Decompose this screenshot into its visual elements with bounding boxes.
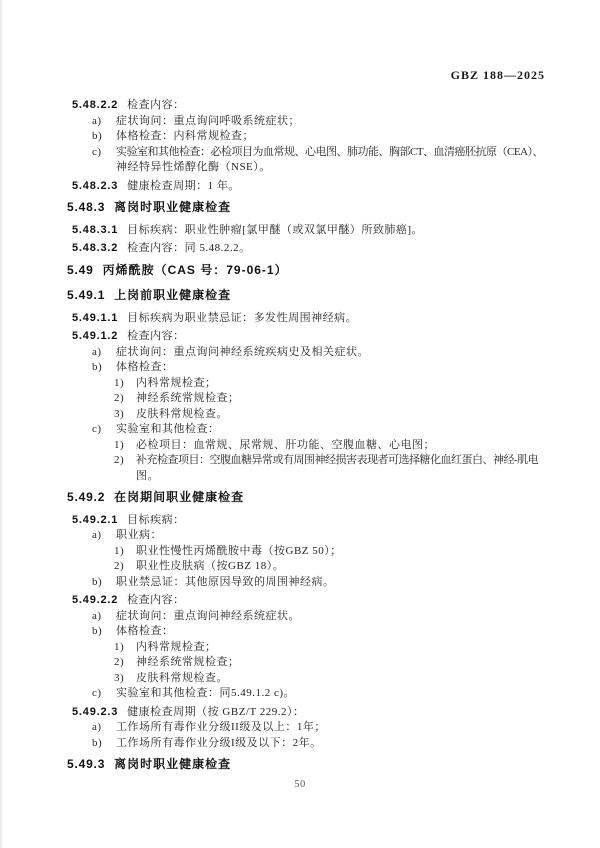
list-item-level1: c)实验室和其他检查：同5.49.1.2 c)。: [0, 686, 600, 702]
line-text: 职业禁忌证：其他原因导致的周围神经病。: [116, 576, 335, 588]
heading-number: 5.48.3: [67, 200, 105, 214]
line-text: 体格检查：: [116, 361, 174, 373]
list-item-level2: 1)必检项目：血常规、尿常规、肝功能、空腹血糖、心电图；: [0, 438, 600, 454]
line-text: 实验室和其他检查：: [116, 423, 220, 435]
list-marker: 2): [114, 391, 136, 407]
document-body: 5.48.2.2检查内容：a)症状询问：重点询问呼吸系统症状；b)体格检查：内科…: [0, 95, 600, 777]
section-heading: 5.48.3离岗时职业健康检查: [0, 200, 600, 216]
list-item-level1: b)体格检查：: [0, 624, 600, 640]
page-number: 50: [0, 777, 600, 792]
list-item-level2: 2)职业性皮肤病（按GBZ 18）。: [0, 559, 600, 575]
standard-code-header: GBZ 188—2025: [451, 68, 545, 82]
list-marker: a): [92, 345, 116, 361]
section-heading: 5.49丙烯酰胺（CAS 号：79-06-1）: [0, 263, 600, 279]
clause-line: 5.48.3.2检查内容：同 5.48.2.2。: [0, 241, 600, 257]
clause-line: 5.48.2.2检查内容：: [0, 98, 600, 114]
list-item-level1: c)实验室和其他检查：必检项目为血常规、心电图、肺功能、胸部CT、血清癌胚抗原（…: [0, 145, 600, 161]
line-text: 目标疾病为职业禁忌证：多发性周围神经病。: [127, 312, 357, 324]
line-text: 体格检查：内科常规检查；: [116, 130, 254, 142]
section-heading: 5.49.2在岗期间职业健康检查: [0, 490, 600, 506]
list-item-level2: 3)皮肤科常规检查。: [0, 671, 600, 687]
heading-number: 5.49.3: [67, 757, 105, 771]
list-marker: c): [92, 686, 116, 702]
list-marker: 1): [114, 376, 136, 392]
line-text: 皮肤科常规检查。: [136, 672, 228, 684]
clause-line: 5.49.1.2检查内容：: [0, 329, 600, 345]
clause-line: 5.49.2.3健康检查周期（按 GBZ/T 229.2）：: [0, 705, 600, 721]
document-page: GBZ 188—2025 5.48.2.2检查内容：a)症状询问：重点询问呼吸系…: [0, 0, 600, 848]
clause-line: 5.48.3.1目标疾病：职业性肿瘤[氯甲醚（或双氯甲醚）所致肺癌]。: [0, 223, 600, 239]
list-item-level2: 3)皮肤科常规检查。: [0, 407, 600, 423]
list-marker: 1): [114, 640, 136, 656]
line-text: 症状询问：重点询问神经系统疾病史及相关症状。: [116, 346, 369, 358]
line-text: 内科常规检查；: [136, 641, 217, 653]
list-item-level2: 2)补充检查项目：空腹血糖异常或有周围神经损害表现者可选择糖化血红蛋白、神经-肌…: [0, 453, 600, 469]
line-text: 必检项目：血常规、尿常规、肝功能、空腹血糖、心电图；: [136, 439, 435, 451]
line-text: 神经系统常规检查；: [136, 392, 240, 404]
list-marker: b): [92, 575, 116, 591]
list-marker: a): [92, 114, 116, 130]
list-item-level1: b)体格检查：内科常规检查；: [0, 129, 600, 145]
line-text: 体格检查：: [116, 625, 174, 637]
list-marker: b): [92, 360, 116, 376]
line-text: 目标疾病：: [127, 514, 185, 526]
list-item-level1: a)工作场所有毒作业分级II级及以上：1年；: [0, 720, 600, 736]
list-marker: a): [92, 528, 116, 544]
line-text: 补充检查项目：空腹血糖异常或有周围神经损害表现者可选择糖化血红蛋白、神经-肌电: [136, 454, 538, 466]
clause-number: 5.48.2.2: [72, 99, 118, 111]
line-text: 皮肤科常规检查。: [136, 408, 228, 420]
list-item-level1: c)实验室和其他检查：: [0, 422, 600, 438]
line-text: 检查内容：: [127, 594, 185, 606]
line-text: 工作场所有毒作业分级II级及以上：1年；: [116, 721, 326, 733]
heading-number: 5.49.1: [67, 288, 105, 302]
heading-text: 上岗前职业健康检查: [114, 288, 231, 302]
clause-number: 5.49.2.1: [72, 514, 118, 526]
clause-number: 5.48.2.3: [72, 180, 118, 192]
line-text: 实验室和其他检查：必检项目为血常规、心电图、肺功能、胸部CT、血清癌胚抗原（CE…: [116, 146, 543, 158]
clause-line: 5.49.1.1目标疾病为职业禁忌证：多发性周围神经病。: [0, 311, 600, 327]
line-text: 实验室和其他检查：同5.49.1.2 c)。: [116, 687, 295, 699]
list-item-level1: b)工作场所有毒作业分级I级及以下：2年。: [0, 736, 600, 752]
list-item-level1: b)体格检查：: [0, 360, 600, 376]
heading-number: 5.49.2: [67, 490, 105, 504]
clause-number: 5.49.2.2: [72, 594, 118, 606]
heading-number: 5.49: [67, 263, 94, 277]
continuation-line: 图。: [0, 469, 600, 485]
line-text: 工作场所有毒作业分级I级及以下：2年。: [116, 737, 322, 749]
list-item-level2: 1)内科常规检查；: [0, 376, 600, 392]
list-item-level1: b)职业禁忌证：其他原因导致的周围神经病。: [0, 575, 600, 591]
clause-line: 5.49.2.1目标疾病：: [0, 513, 600, 529]
clause-line: 5.49.2.2检查内容：: [0, 593, 600, 609]
list-item-level2: 1)职业性慢性丙烯酰胺中毒（按GBZ 50）；: [0, 544, 600, 560]
list-marker: a): [92, 720, 116, 736]
heading-text: 在岗期间职业健康检查: [114, 490, 244, 504]
line-text: 检查内容：同 5.48.2.2。: [127, 242, 251, 254]
line-text: 职业病：: [116, 529, 162, 541]
line-text: 症状询问：重点询问呼吸系统症状；: [116, 115, 300, 127]
continuation-line: 神经特异性烯醇化酶（NSE）。: [0, 160, 600, 176]
line-text: 健康检查周期：1 年。: [127, 180, 240, 192]
heading-text: 丙烯酰胺（CAS 号：79-06-1）: [103, 263, 288, 277]
line-text: 神经系统常规检查；: [136, 656, 240, 668]
list-marker: b): [92, 736, 116, 752]
clause-number: 5.48.3.2: [72, 242, 118, 254]
list-marker: 1): [114, 438, 136, 454]
line-text: 健康检查周期（按 GBZ/T 229.2）：: [127, 706, 304, 718]
list-marker: b): [92, 624, 116, 640]
line-text: 职业性皮肤病（按GBZ 18）。: [136, 560, 284, 572]
list-marker: b): [92, 129, 116, 145]
list-marker: c): [92, 422, 116, 438]
clause-number: 5.49.2.3: [72, 706, 118, 718]
clause-number: 5.49.1.2: [72, 330, 118, 342]
heading-text: 离岗时职业健康检查: [114, 757, 231, 771]
line-text: 症状询问：重点询问神经系统症状。: [116, 610, 300, 622]
list-marker: c): [92, 145, 116, 161]
section-heading: 5.49.3离岗时职业健康检查: [0, 757, 600, 773]
line-text: 职业性慢性丙烯酰胺中毒（按GBZ 50）；: [136, 545, 342, 557]
list-marker: 2): [114, 453, 136, 469]
clause-number: 5.48.3.1: [72, 224, 118, 236]
section-heading: 5.49.1上岗前职业健康检查: [0, 288, 600, 304]
list-marker: 2): [114, 559, 136, 575]
list-item-level1: a)职业病：: [0, 528, 600, 544]
heading-text: 离岗时职业健康检查: [114, 200, 231, 214]
list-marker: 1): [114, 544, 136, 560]
clause-line: 5.48.2.3健康检查周期：1 年。: [0, 179, 600, 195]
line-text: 内科常规检查；: [136, 377, 217, 389]
list-marker: a): [92, 609, 116, 625]
list-item-level1: a)症状询问：重点询问呼吸系统症状；: [0, 114, 600, 130]
list-item-level2: 2)神经系统常规检查；: [0, 391, 600, 407]
clause-number: 5.49.1.1: [72, 312, 118, 324]
list-marker: 2): [114, 655, 136, 671]
line-text: 神经特异性烯醇化酶（NSE）。: [116, 161, 271, 173]
line-text: 检查内容：: [127, 99, 185, 111]
line-text: 检查内容：: [127, 330, 185, 342]
list-marker: 3): [114, 407, 136, 423]
list-item-level1: a)症状询问：重点询问神经系统疾病史及相关症状。: [0, 345, 600, 361]
list-item-level1: a)症状询问：重点询问神经系统症状。: [0, 609, 600, 625]
list-item-level2: 1)内科常规检查；: [0, 640, 600, 656]
line-text: 图。: [136, 470, 159, 482]
list-marker: 3): [114, 671, 136, 687]
line-text: 目标疾病：职业性肿瘤[氯甲醚（或双氯甲醚）所致肺癌]。: [127, 224, 423, 236]
list-item-level2: 2)神经系统常规检查；: [0, 655, 600, 671]
